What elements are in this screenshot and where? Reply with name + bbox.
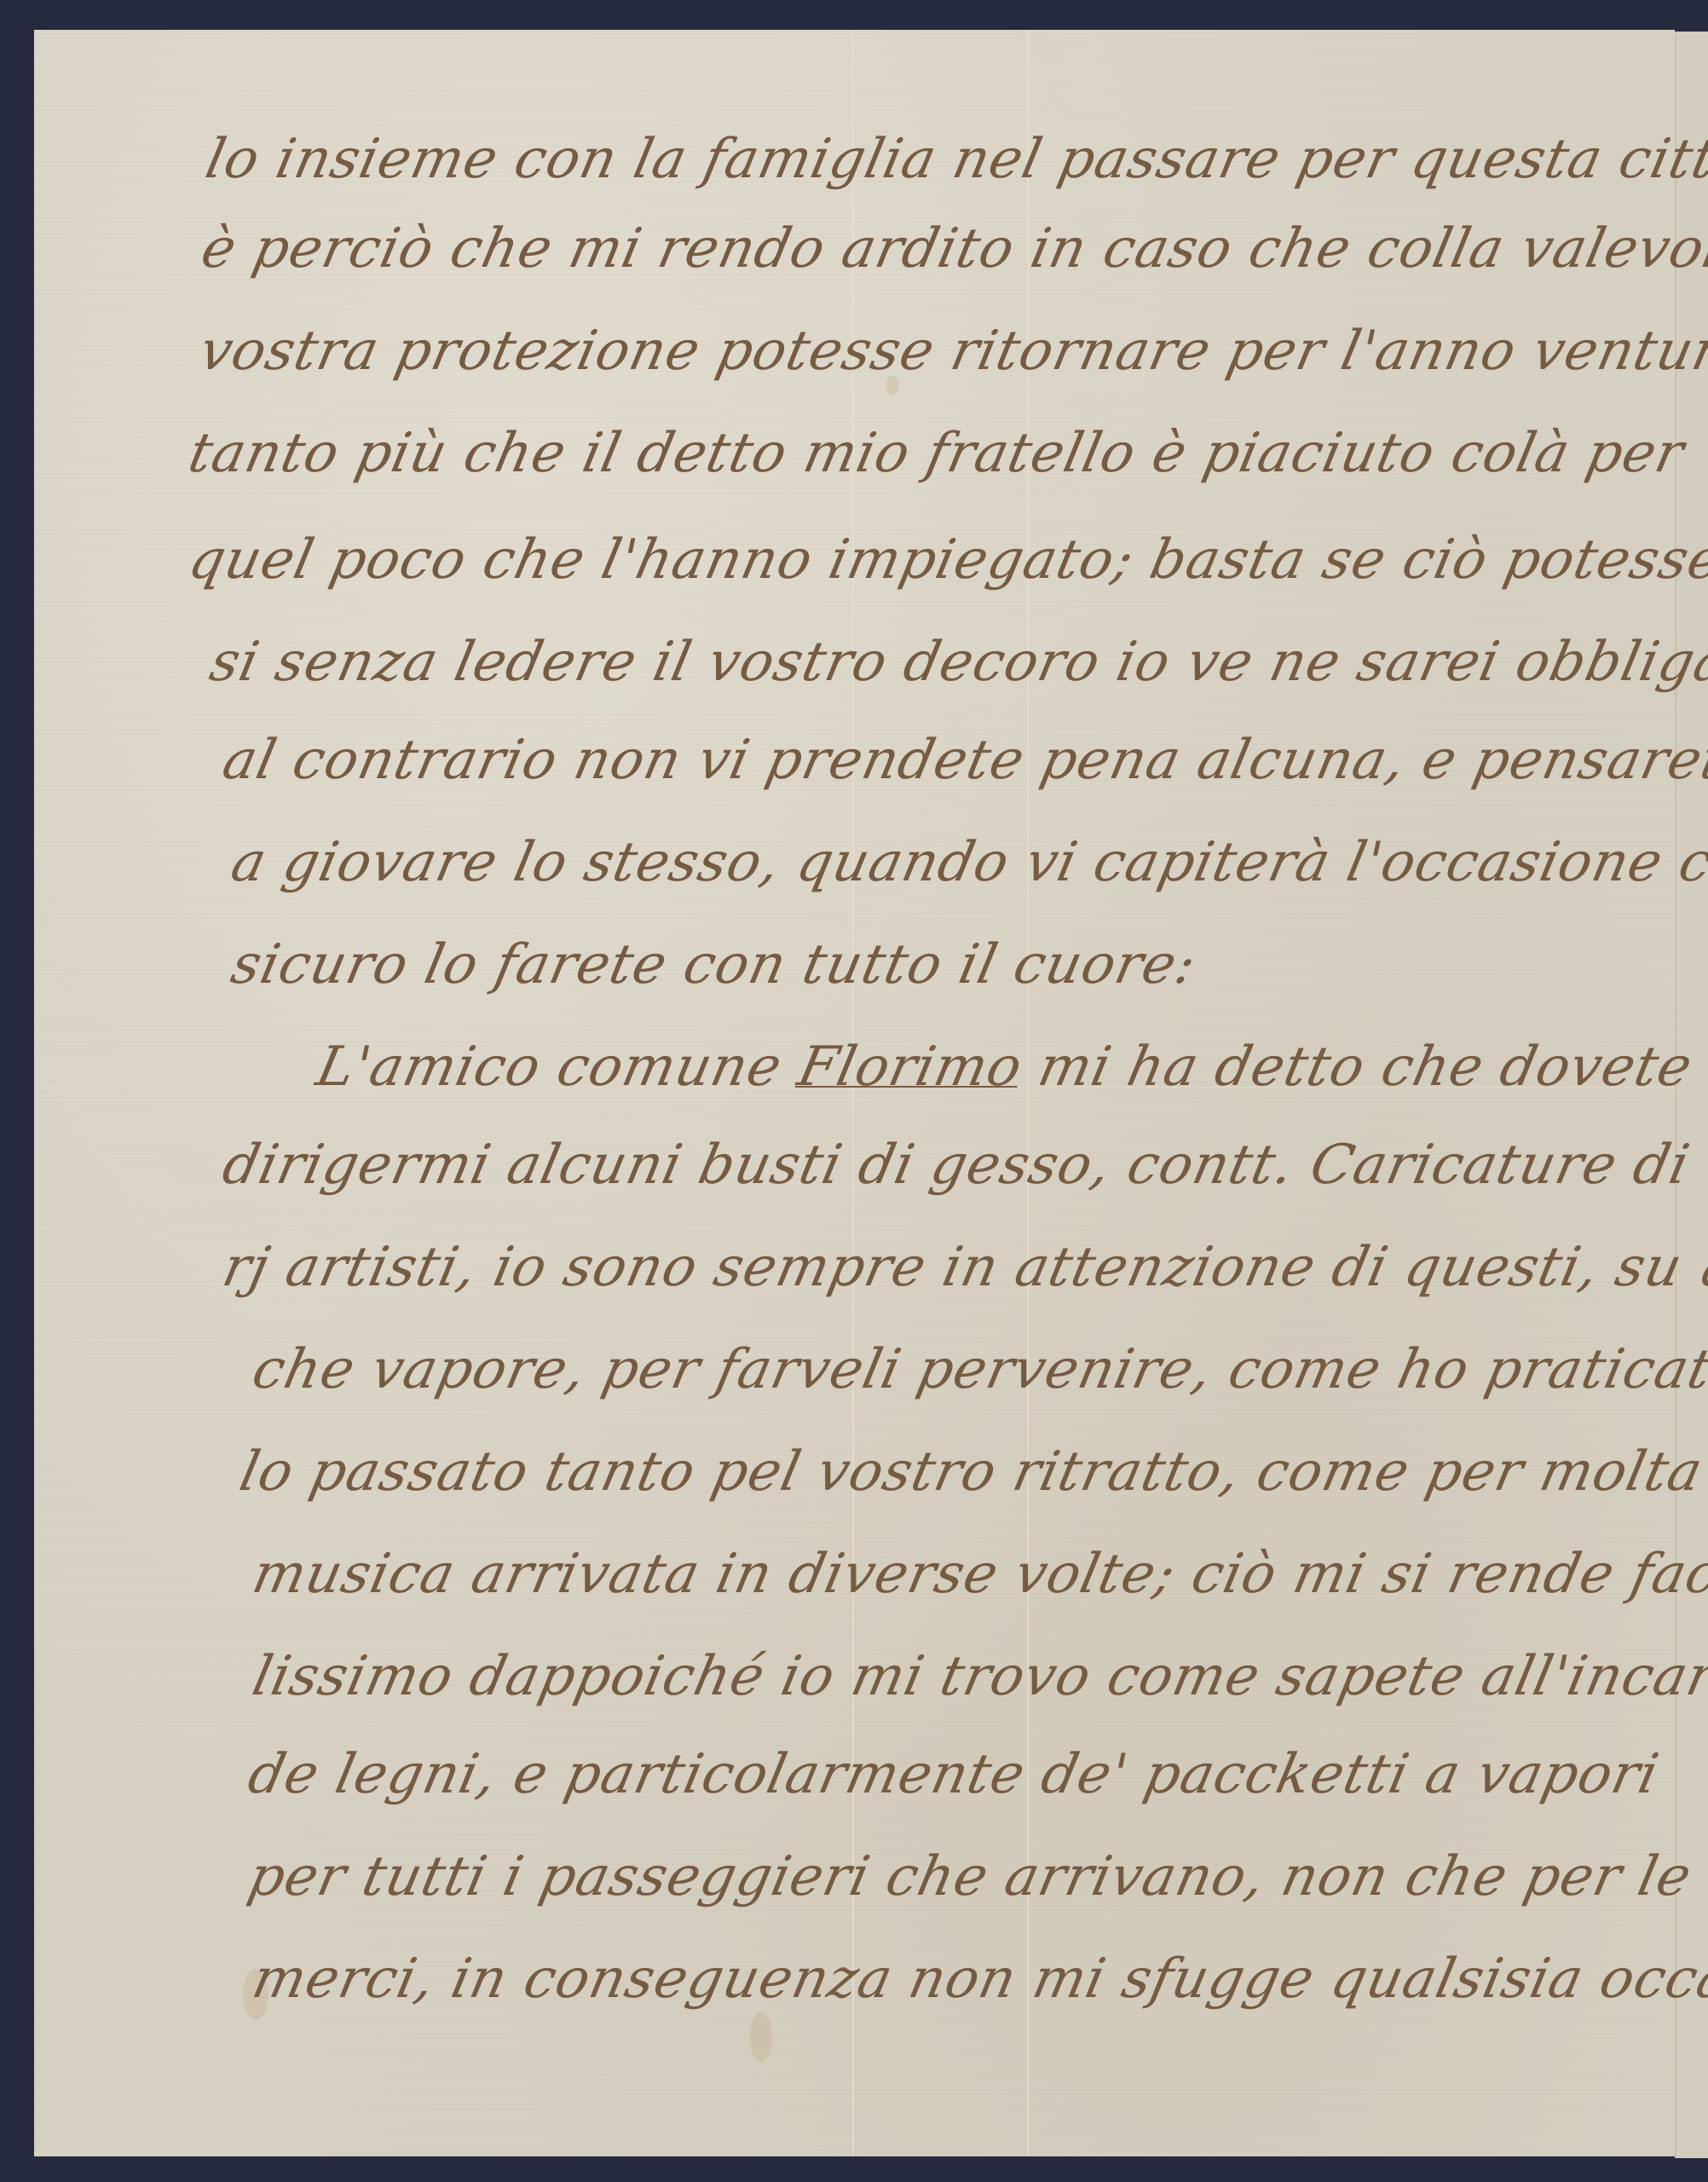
letter-line-11: dirigermi alcuni busti di gesso, contt. … — [217, 1134, 1708, 1197]
letter-line-16: lissimo dappoiché io mi trovo come sapet… — [247, 1645, 1708, 1708]
letter-line-6: si senza ledere il vostro decoro io ve n… — [205, 631, 1708, 694]
letter-line-7: al contrario non vi prendete pena alcuna… — [217, 729, 1708, 792]
letter-line-8: a giovare lo stesso, quando vi capiterà … — [226, 831, 1708, 894]
letter-line-19: merci, in conseguenza non mi sfugge qual… — [247, 1948, 1708, 2011]
letter-line-9: sicuro lo farete con tutto il cuore: — [226, 933, 1708, 996]
letter-line-3: vostra protezione potesse ritornare per … — [194, 320, 1708, 383]
letter-line-17: de legni, e particolarmente de' pacckett… — [243, 1743, 1708, 1806]
letter-line-1: lo insieme con la famiglia nel passare p… — [200, 128, 1708, 191]
letter-line-18: per tutti i passeggieri che arrivano, no… — [243, 1845, 1708, 1908]
letter-line-5: quel poco che l'hanno impiegato; basta s… — [183, 528, 1708, 592]
underlined-name: Florimo — [793, 1036, 1028, 1099]
letter-line-14: lo passato tanto pel vostro ritratto, co… — [234, 1440, 1708, 1504]
letter-line-4: tanto più che il detto mio fratello è pi… — [183, 422, 1708, 485]
letter-line-12: rj artisti, io sono sempre in attenzione… — [217, 1236, 1708, 1299]
letter-line-15: musica arrivata in diverse volte; ciò mi… — [247, 1543, 1708, 1606]
paper-stain — [750, 2012, 772, 2063]
letter-line-13: che vapore, per farveli pervenire, come … — [247, 1338, 1708, 1401]
letter-line-10: L'amico comune Florimo mi ha detto che d… — [311, 1036, 1708, 1099]
letter-line-2: è perciò che mi rendo ardito in caso che… — [196, 217, 1708, 280]
